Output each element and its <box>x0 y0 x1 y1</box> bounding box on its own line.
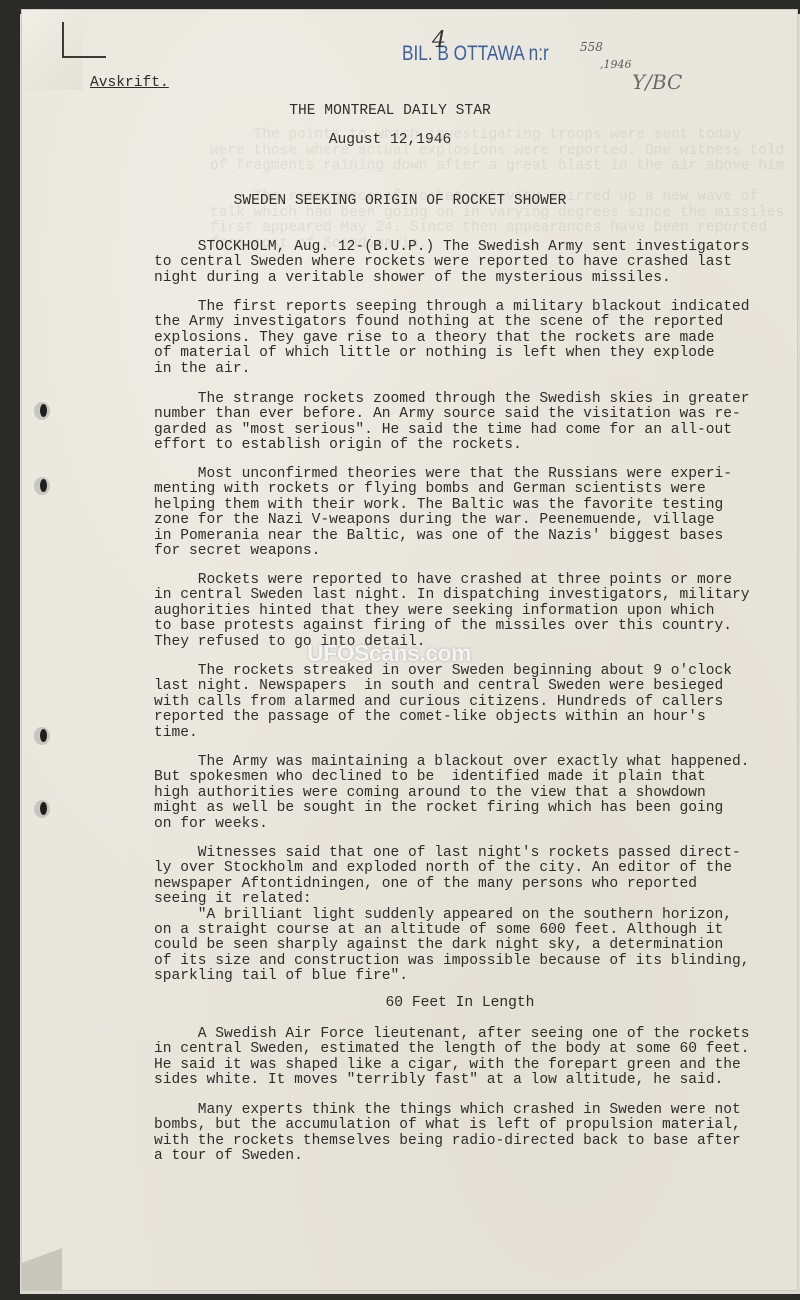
handwritten-overwrite: 4 <box>432 28 446 53</box>
paragraph: The Army was maintaining a blackout over… <box>154 755 750 832</box>
paragraph: Witnesses said that one of last night's … <box>154 846 750 985</box>
publication-name: THE MONTREAL DAILY STAR <box>0 104 780 119</box>
paragraph: The rockets streaked in over Sweden begi… <box>154 664 732 741</box>
handwritten-number: 558 <box>580 40 603 54</box>
watermark: UFOScans.com <box>307 640 471 667</box>
punch-hole-1 <box>34 402 50 420</box>
punch-hole-2 <box>34 477 50 495</box>
paragraph: A Swedish Air Force lieutenant, after se… <box>154 1027 750 1089</box>
punch-hole-4 <box>34 800 50 818</box>
paragraph: The first reports seeping through a mili… <box>154 300 750 377</box>
paragraph: STOCKHOLM, Aug. 12-(B.U.P.) The Swedish … <box>154 240 750 286</box>
article-subheading: 60 Feet In Length <box>0 996 800 1011</box>
document-label: Avskrift. <box>90 76 169 91</box>
archive-stamp: BIL. B OTTAWA n:r <box>402 42 549 66</box>
bottom-folded-corner <box>22 1220 62 1290</box>
punch-hole-3 <box>34 727 50 745</box>
article-headline: SWEDEN SEEKING ORIGIN OF ROCKET SHOWER <box>0 194 800 209</box>
paragraph: The strange rockets zoomed through the S… <box>154 392 750 454</box>
handwritten-year: ,1946 <box>600 58 632 71</box>
stamp-text: BIL. B OTTAWA n:r <box>402 42 549 65</box>
handwritten-reference: Y/BC <box>632 70 682 94</box>
paragraph: Rockets were reported to have crashed at… <box>154 573 750 650</box>
paper-clip-mark <box>62 22 106 58</box>
publication-date: August 12,1946 <box>0 133 780 148</box>
paragraph: Many experts think the things which cras… <box>154 1103 741 1165</box>
paragraph: Most unconfirmed theories were that the … <box>154 467 732 559</box>
